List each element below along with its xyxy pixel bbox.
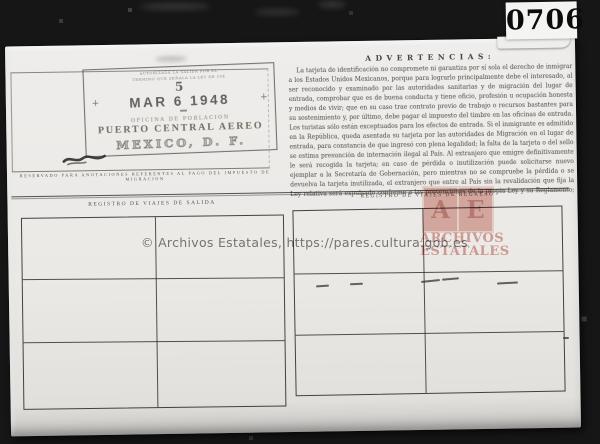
background-smudge [255,9,300,15]
archive-number: 0706 [506,4,586,36]
label-body: 0706 [506,1,578,39]
salida-table: REGISTRO DE VIAJES DE SALIDA [20,198,286,410]
ae-monogram: A E [422,186,494,233]
ink-scribble [62,151,108,168]
scanned-card-photo: AUTORIZADA LA SALIDA POR EL TERMINO QUE … [0,0,600,444]
archivos-estatales-logo: A E ARCHIVOS ESTATALES [420,186,496,258]
logo-line-estatales: ESTATALES [420,246,496,259]
monogram-letter-e: E [466,195,484,224]
watermark-text: © Archivos Estatales, https://pares.cult… [141,235,468,250]
plus-mark-left: + [92,99,100,109]
archive-number-label: 0706 [497,0,580,49]
background-smudge [318,1,346,8]
plus-mark-right: + [260,92,268,102]
salida-table-title: REGISTRO DE VIAJES DE SALIDA [20,198,283,211]
advertencias-body: La tarjeta de identificación no comprome… [288,62,574,198]
film-noise [0,0,2,2]
paper-smudge [155,56,187,63]
row-line [295,270,563,274]
salida-title-text: REGISTRO DE VIAJES DE SALIDA [20,198,283,208]
row-line [23,277,284,280]
pencil-mark [563,337,569,339]
monogram-tile-e: E [459,188,492,231]
stamp-underline-mark [180,109,187,111]
monogram-tile-a: A [424,188,457,231]
row-line [24,340,285,343]
monogram-letter-a: A [431,195,450,224]
background-smudge [140,3,210,10]
row-line [296,331,564,336]
advertencias-body-text: La tarjeta de identificación no comprome… [288,62,574,198]
migration-entry-stamp: AUTORIZADA LA SALIDA POR EL TERMINO QUE … [82,62,277,157]
